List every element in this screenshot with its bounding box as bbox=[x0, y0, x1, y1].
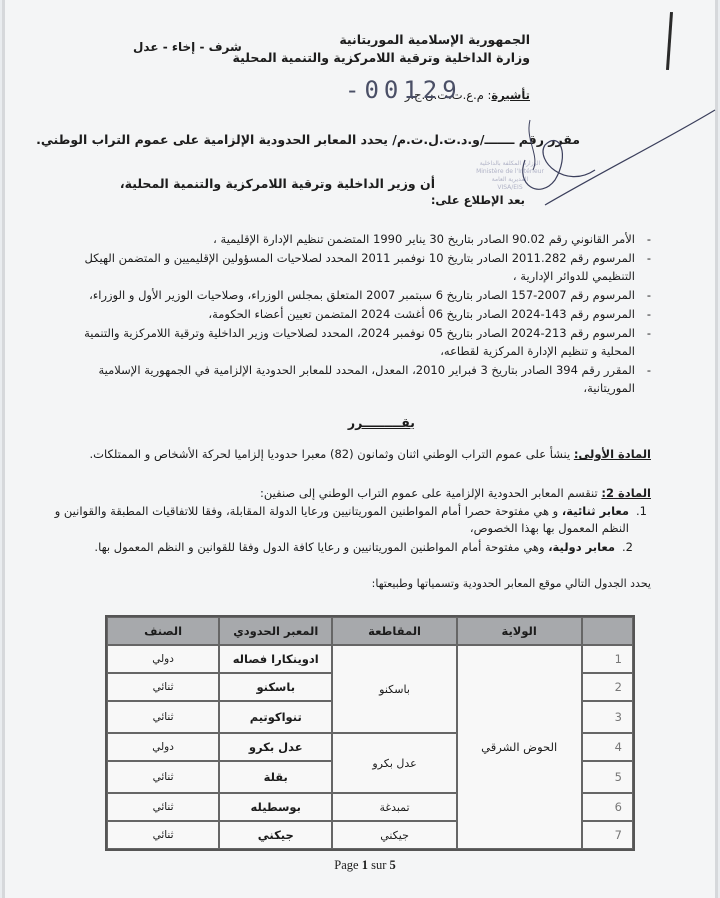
header-index bbox=[582, 617, 633, 645]
moughataa-cell: عدل بكرو bbox=[332, 733, 456, 793]
article-1-text: ينشأ على عموم التراب الوطني اثنان وثمانو… bbox=[89, 447, 573, 461]
header-wilaya: الولاية bbox=[457, 617, 582, 645]
reference-item: المرسوم رقم 2007-157 الصادر بتاريخ 6 سبت… bbox=[51, 286, 651, 304]
moughataa-cell: جيكني bbox=[332, 821, 456, 849]
header-crossing: المعبر الحدودي bbox=[219, 617, 332, 645]
ministry-name: وزارة الداخلية وترقية اللامركزية والتنمي… bbox=[233, 50, 530, 65]
table-intro: يحدد الجدول التالي موقع المعابر الحدودية… bbox=[372, 577, 651, 590]
page-sur: sur bbox=[371, 858, 386, 872]
page-footer: Page 1 sur 5 bbox=[5, 858, 720, 873]
page-word: Page bbox=[334, 858, 358, 872]
reference-item: المرسوم رقم 2011.282 الصادر بتاريخ 10 نو… bbox=[51, 249, 651, 285]
page-current: 1 bbox=[362, 858, 368, 872]
moughataa-cell: تمبدغة bbox=[332, 793, 456, 821]
category-item: 1. معابر ثنائية، و هي مفتوحة حصرا أمام ا… bbox=[51, 503, 651, 537]
category-item: 2. معابر دولية، وهي مفتوحة أمام المواطني… bbox=[51, 539, 651, 556]
header-type: الصنف bbox=[107, 617, 219, 645]
table-header-row: الولاية المقاطعة المعبر الحدودي الصنف bbox=[107, 617, 633, 645]
reference-item: المقرر رقم 394 الصادر بتاريخ 3 فبراير 20… bbox=[51, 361, 651, 397]
crossing-categories-list: 1. معابر ثنائية، و هي مفتوحة حصرا أمام ا… bbox=[51, 503, 651, 556]
page-total: 5 bbox=[389, 858, 395, 872]
republic-name: الجمهورية الإسلامية الموريتانية bbox=[339, 32, 530, 47]
header-moughataa: المقاطعة bbox=[332, 617, 456, 645]
national-motto: شرف - إخاء - عدل bbox=[133, 40, 242, 54]
reference-item: المرسوم رقم 143-2024 الصادر بتاريخ 06 أغ… bbox=[51, 305, 651, 323]
document-page: شرف - إخاء - عدل الجمهورية الإسلامية الم… bbox=[2, 0, 718, 898]
moughataa-cell: باسكنو bbox=[332, 645, 456, 733]
border-crossings-table: الولاية المقاطعة المعبر الحدودي الصنف 1 … bbox=[105, 615, 635, 851]
reference-item: الأمر القانوني رقم 90.02 الصادر بتاريخ 3… bbox=[51, 230, 651, 248]
stamp-number: -00129 bbox=[345, 76, 462, 104]
wilaya-cell: الحوض الشرقي bbox=[457, 645, 582, 849]
decides-heading: يقـــــــــرر bbox=[348, 415, 415, 430]
article-2-label: المادة 2: bbox=[601, 486, 651, 500]
after-review-line: بعد الإطلاع على: bbox=[431, 193, 525, 207]
reference-item: المرسوم رقم 213-2024 الصادر بتاريخ 05 نو… bbox=[51, 324, 651, 360]
table-row: 1 الحوض الشرقي باسكنو ادوينكارا فصاله دو… bbox=[107, 645, 633, 673]
legal-references-list: الأمر القانوني رقم 90.02 الصادر بتاريخ 3… bbox=[51, 230, 651, 398]
margin-mark bbox=[666, 12, 673, 70]
article-2: المادة 2: تنقسم المعابر الحدودية الإلزام… bbox=[51, 485, 651, 502]
article-1-label: المادة الأولى: bbox=[574, 447, 651, 461]
minister-line: أن وزير الداخلية وترقية اللامركزية والتن… bbox=[120, 176, 435, 191]
article-2-text: تنقسم المعابر الحدودية الإلزامية على عمو… bbox=[260, 486, 601, 500]
article-1: المادة الأولى: ينشأ على عموم التراب الوط… bbox=[51, 446, 651, 463]
